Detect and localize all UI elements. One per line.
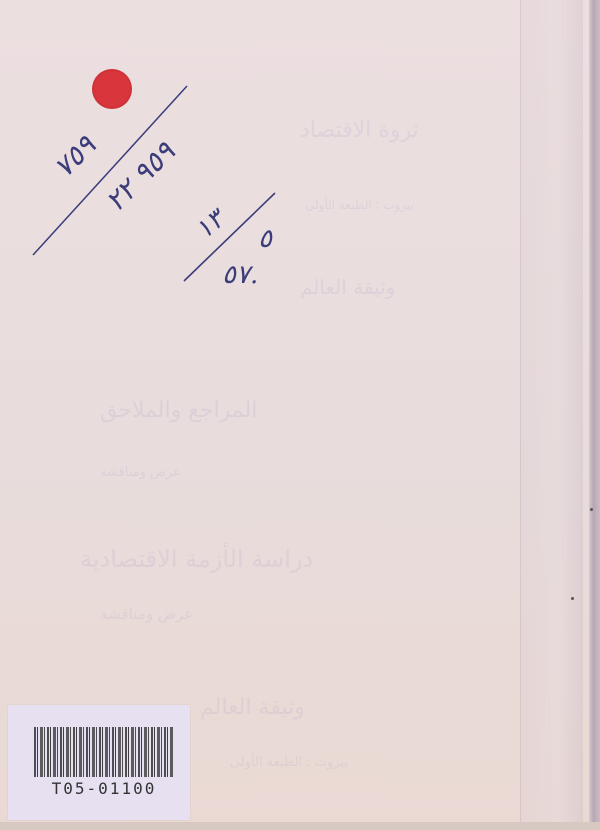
handwritten-number-bottom: ٥٧. bbox=[222, 260, 258, 290]
dust-speck bbox=[590, 508, 593, 511]
dust-speck bbox=[571, 597, 574, 600]
scanned-page: ثروة الاقتصاد بيروت : الطبعة الأولى وثيق… bbox=[0, 0, 600, 830]
barcode-number: T05-01100 bbox=[34, 779, 174, 798]
handwritten-number-side: ٥ bbox=[258, 224, 272, 254]
barcode-icon bbox=[34, 727, 174, 777]
barcode-label: T05-01100 bbox=[8, 705, 190, 820]
